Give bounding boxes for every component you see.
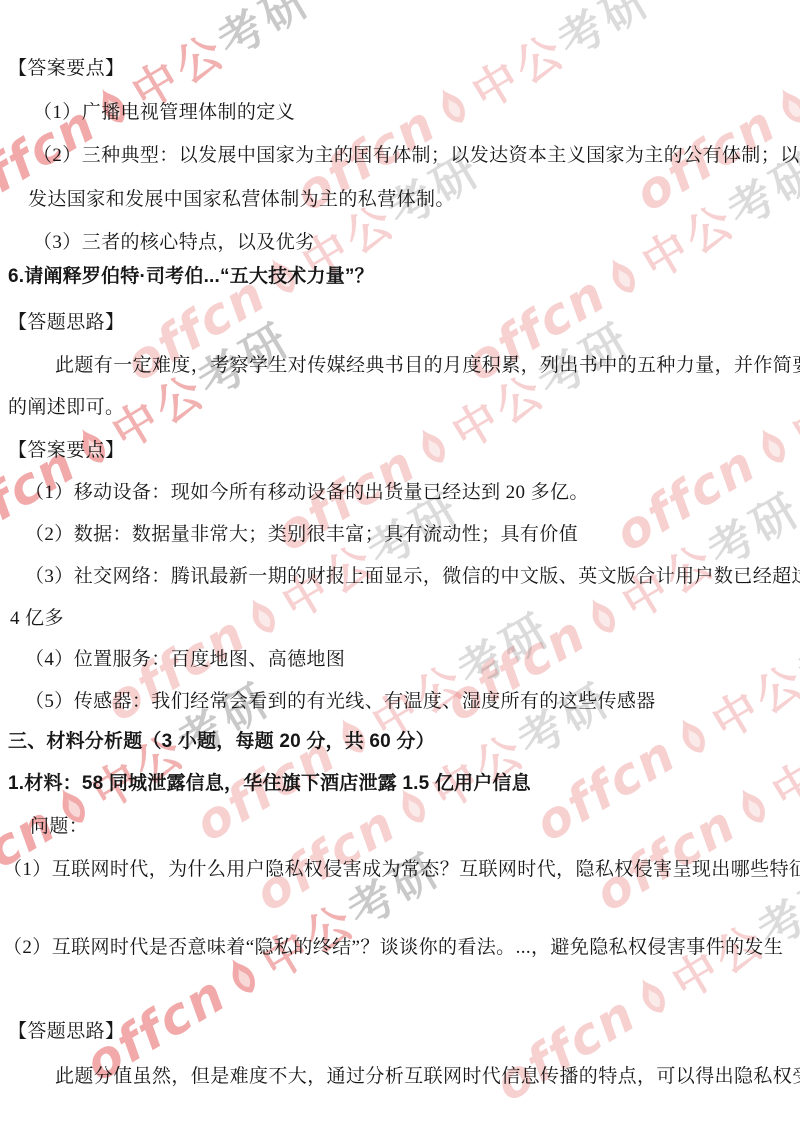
document-text-layer: 【答案要点】 （1）广播电视管理体制的定义 （2）三种典型：以发展中国家为主的国… — [0, 0, 800, 1131]
answer-approach-header-material-1: 【答题思路】 — [8, 1016, 124, 1043]
q5-answer-item-1: （1）广播电视管理体制的定义 — [33, 97, 295, 124]
question-6-heading: 6.请阐释罗伯特·司考伯...“五大技术力量”？ — [8, 261, 374, 288]
answer-points-header-q6: 【答案要点】 — [8, 435, 124, 462]
material-1-question-1: （1）互联网时代，为什么用户隐私权侵害成为常态？互联网时代，隐私权侵害呈现出哪些… — [3, 854, 800, 881]
q6-answer-item-3-cont: 4 亿多 — [10, 603, 64, 630]
answer-points-header-q5: 【答案要点】 — [8, 53, 124, 80]
q5-answer-item-2: （2）三种典型：以发展中国家为主的国有体制；以发达资本主义国家为主的公有体制；以 — [33, 140, 800, 167]
answer-approach-header-q6: 【答题思路】 — [8, 307, 124, 334]
q5-answer-item-3: （3）三者的核心特点，以及优劣 — [33, 227, 315, 254]
material-1-question-2: （2）互联网时代是否意味着“隐私的终结”？谈谈你的看法。...，避免隐私权侵害事… — [3, 932, 783, 959]
q6-answer-item-4: （4）位置服务：百度地图、高德地图 — [25, 644, 345, 671]
q6-approach-line-1: 此题有一定难度，考察学生对传媒经典书目的月度积累，列出书中的五种力量，并作简要 — [55, 350, 800, 377]
q5-answer-item-2-cont: 发达国家和发展中国家私营体制为主的私营体制。 — [28, 184, 455, 211]
section-3-heading: 三、材料分析题（3 小题，每题 20 分，共 60 分） — [8, 726, 435, 753]
material-1-heading: 1.材料：58 同城泄露信息，华住旗下酒店泄露 1.5 亿用户信息 — [8, 768, 531, 795]
q6-answer-item-3: （3）社交网络：腾讯最新一期的财报上面显示，微信的中文版、英文版合计用户数已经超… — [25, 561, 800, 588]
q6-answer-item-1: （1）移动设备：现如今所有移动设备的出货量已经达到 20 多亿。 — [25, 477, 589, 504]
material-1-approach-line-1: 此题分值虽然，但是难度不大，通过分析互联网时代信息传播的特点，可以得出隐私权受 — [55, 1061, 800, 1088]
questions-label: 问题： — [30, 811, 88, 838]
document-page: offcn 中公考研 offcn 中公考研 offcn 中公考研 offcn 中… — [0, 0, 800, 1131]
q6-answer-item-2: （2）数据：数据量非常大；类别很丰富；具有流动性；具有价值 — [25, 519, 578, 546]
q6-answer-item-5: （5）传感器：我们经常会看到的有光线、有温度、湿度所有的这些传感器 — [25, 686, 656, 713]
q6-approach-line-2: 的阐述即可。 — [8, 392, 124, 419]
